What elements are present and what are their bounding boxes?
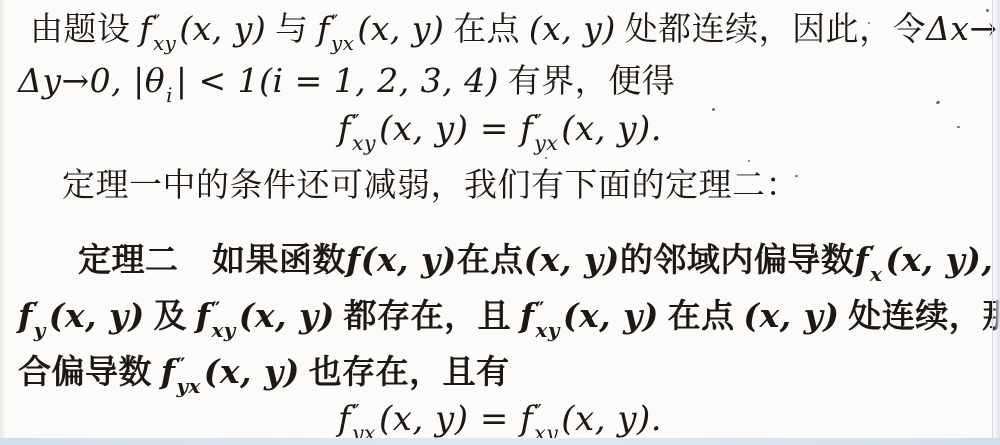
- math-run: f: [346, 240, 361, 279]
- math-run: (x, y) =: [379, 109, 520, 149]
- text-run: 在点: [457, 243, 524, 279]
- math-run: (x, y): [239, 296, 335, 335]
- text-run: 合偏导数: [18, 355, 161, 391]
- text-run: 在点: [659, 299, 744, 335]
- paragraph-line: 由题设 f″xy(x, y) 与 f″yx(x, y) 在点 (x, y) 处都…: [30, 6, 1000, 55]
- math-run: (x, y): [524, 240, 620, 279]
- scan-left-edge: [0, 0, 6, 445]
- math-run: (x, y),: [885, 240, 993, 279]
- sup-sub-stack: ″yx: [176, 355, 200, 397]
- text-run: 都存在，且: [335, 299, 520, 335]
- ink-speck: [936, 100, 941, 105]
- text-run: 有界，便得: [499, 64, 675, 100]
- theorem-2-line: f′y(x, y) 及 f″xy(x, y) 都存在，且 f″xy(x, y) …: [18, 293, 1000, 341]
- math-run: (x, y): [743, 296, 839, 335]
- scan-bottom-strip: [0, 438, 1000, 445]
- text-run: 的邻域内偏导数: [620, 243, 855, 279]
- text-run: 与: [266, 12, 317, 48]
- text-run: 也存在，且有: [300, 355, 510, 391]
- math-run: Δx→0,: [926, 9, 1000, 48]
- ink-speck: [957, 126, 960, 128]
- sup-sub-stack: ″xy: [211, 299, 235, 341]
- math-run: f″xy: [338, 109, 379, 149]
- sup-sub-stack: ″xy: [536, 299, 560, 341]
- text-run: 在点: [444, 12, 529, 48]
- scanned-page: 由题设 f″xy(x, y) 与 f″yx(x, y) 在点 (x, y) 处都…: [0, 0, 1000, 445]
- math-run: f″yx: [520, 109, 561, 149]
- math-run: Δy→0, |: [18, 61, 145, 100]
- ink-speck: [748, 160, 750, 162]
- math-run: f″xy: [139, 9, 179, 48]
- paragraph-line: 定理一中的条件还可减弱，我们有下面的定理二：: [62, 163, 799, 209]
- math-run: (x, y): [179, 9, 266, 48]
- math-run: (x, y).: [561, 109, 662, 149]
- math-run: (x, y): [357, 9, 444, 48]
- sup-sub-stack: ″yx: [534, 112, 558, 155]
- math-run: f′x: [854, 240, 885, 279]
- theorem-2-line: 合偏导数 f″yx(x, y) 也存在，且有: [18, 349, 510, 397]
- math-run: (x, y): [361, 240, 457, 279]
- ink-speck: [986, 9, 989, 12]
- math-run: f″xy: [520, 399, 561, 439]
- sup-sub-stack: ″yx: [331, 13, 354, 55]
- math-run: f′y: [18, 296, 49, 335]
- ink-speck: [712, 108, 715, 111]
- text-run: 定理一中的条件还可减弱，我们有下面的定理二：: [62, 168, 799, 204]
- scan-right-edge: [993, 0, 1000, 445]
- math-run: (x, y): [529, 9, 616, 48]
- math-run: f″xy: [196, 296, 239, 335]
- math-run: | < 1(i = 1, 2, 3, 4): [176, 61, 499, 100]
- math-run: f″yx: [338, 399, 379, 439]
- ink-speck: [545, 157, 547, 159]
- math-run: (x, y): [563, 296, 659, 335]
- sup-sub-stack: ″xy: [153, 13, 176, 55]
- text-run: 处都连续，因此，令: [616, 12, 926, 48]
- math-run: f″yx: [161, 352, 204, 391]
- text-run: 处连续，那末混: [839, 299, 1000, 335]
- sup-sub-stack: ′y: [34, 299, 46, 341]
- math-run: θ i: [145, 61, 176, 100]
- math-run: (x, y): [204, 352, 300, 391]
- text-run: 定理二 如果函数: [78, 243, 346, 279]
- math-run: (x, y): [49, 296, 145, 335]
- sup-sub-stack: i: [166, 65, 173, 107]
- math-run: (x, y).: [561, 399, 662, 439]
- ink-speck: [868, 22, 870, 24]
- math-run: (x, y) =: [379, 399, 520, 439]
- equation-mixed-partials-1: f″xy(x, y) = f″yx(x, y).: [0, 106, 1000, 155]
- math-run: f″yx: [317, 9, 357, 48]
- sup-sub-stack: ′x: [870, 243, 882, 285]
- sup-sub-stack: ″xy: [352, 112, 376, 155]
- ink-speck: [795, 175, 798, 177]
- text-run: 及: [145, 299, 196, 335]
- math-run: f″xy: [520, 296, 563, 335]
- text-run: 由题设: [30, 12, 139, 48]
- paragraph-line: Δy→0, |θ i| < 1(i = 1, 2, 3, 4) 有界，便得: [18, 58, 675, 107]
- theorem-2-line: 定理二 如果函数f(x, y)在点(x, y)的邻域内偏导数f′x(x, y),: [78, 237, 993, 285]
